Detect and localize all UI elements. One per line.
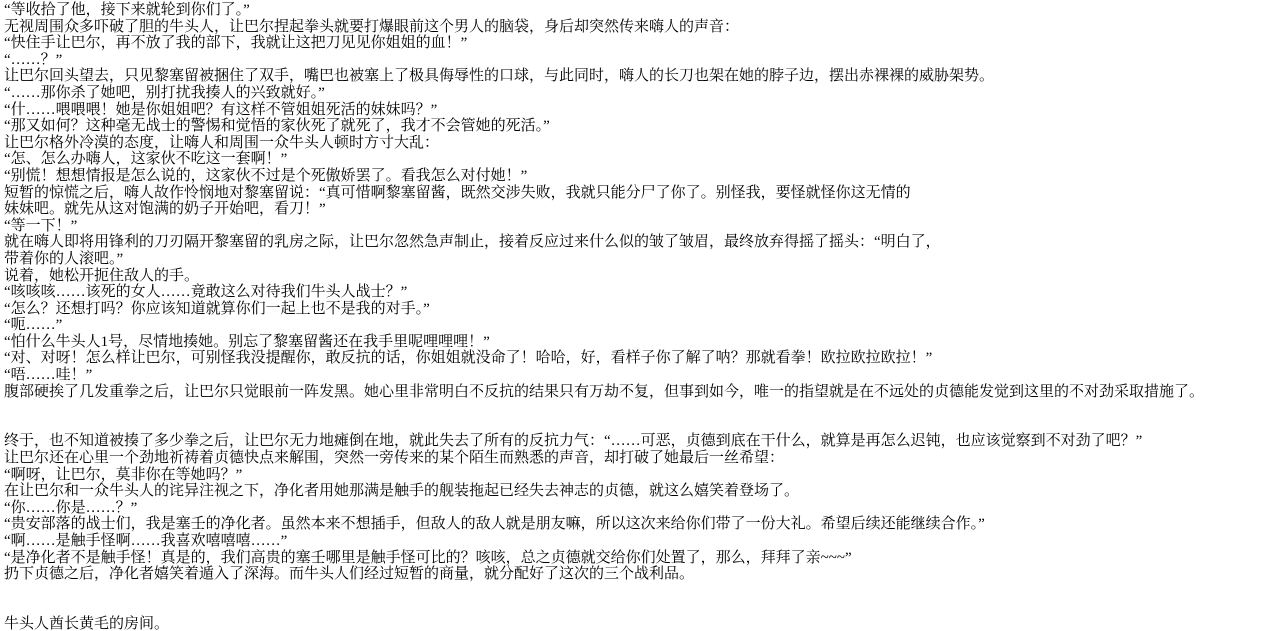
text-line: “等一下！” [4, 218, 1280, 235]
text-line: “对、对呀！怎么样让巴尔，可别怪我没提醒你，敢反抗的话，你姐姐就没命了！哈哈，好… [4, 350, 1280, 367]
text-line: 让巴尔还在心里一个劲地祈祷着贞德快点来解围，突然一旁传来的某个陌生而熟悉的声音，… [4, 450, 1280, 467]
text-line [4, 400, 1280, 417]
text-line: 扔下贞德之后，净化者嬉笑着遁入了深海。而牛头人们经过短暂的商量，就分配好了这次的… [4, 566, 1280, 583]
document-text: “等收拾了他，接下来就轮到你们了。”无视周围众多吓破了胆的牛头人，让巴尔捏起拳头… [0, 0, 1280, 631]
text-line: 终于，也不知道被揍了多少拳之后，让巴尔无力地瘫倒在地，就此失去了所有的反抗力气：… [4, 433, 1280, 450]
text-line: 牛头人酋长黄毛的房间。 [4, 616, 1280, 631]
text-line: 就在嗨人即将用锋利的刀刃隔开黎塞留的乳房之际，让巴尔忽然急声制止，接着反应过来什… [4, 234, 1280, 251]
text-line: “……？” [4, 52, 1280, 69]
text-line: “怎、怎么办嗨人，这家伙不吃这一套啊！” [4, 151, 1280, 168]
text-line: 腹部硬挨了几发重拳之后，让巴尔只觉眼前一阵发黑。她心里非常明白不反抗的结果只有万… [4, 384, 1280, 401]
text-line [4, 417, 1280, 434]
text-line: “等收拾了他，接下来就轮到你们了。” [4, 2, 1280, 19]
text-line: 让巴尔回头望去，只见黎塞留被捆住了双手，嘴巴也被塞上了极具侮辱性的口球，与此同时… [4, 68, 1280, 85]
text-line: 妹妹吧。就先从这对饱满的奶子开始吧，看刀！” [4, 201, 1280, 218]
text-line: 无视周围众多吓破了胆的牛头人，让巴尔捏起拳头就要打爆眼前这个男人的脑袋，身后却突… [4, 19, 1280, 36]
text-line: “是净化者不是触手怪！真是的，我们高贵的塞壬哪里是触手怪可比的？咳咳，总之贞德就… [4, 550, 1280, 567]
text-line: “怕什么牛头人1号，尽情地揍她。别忘了黎塞留酱还在我手里呢哩哩哩！” [4, 334, 1280, 351]
text-line [4, 599, 1280, 616]
text-line: “贵安部落的战士们，我是塞壬的净化者。虽然本来不想插手，但敌人的敌人就是朋友嘛，… [4, 516, 1280, 533]
text-line: “……那你杀了她吧，别打扰我揍人的兴致就好。” [4, 85, 1280, 102]
text-line: “别慌！想想情报是怎么说的，这家伙不过是个死傲娇罢了。看我怎么对付她！” [4, 168, 1280, 185]
text-line: 短暂的惊慌之后，嗨人故作怜悯地对黎塞留说：“真可惜啊黎塞留酱，既然交涉失败，我就… [4, 185, 1280, 202]
text-line: “啊呀，让巴尔，莫非你在等她吗？” [4, 467, 1280, 484]
text-line: “你……你是……？” [4, 500, 1280, 517]
text-line: “什……喂喂喂！她是你姐姐吧？有这样不管姐姐死活的妹妹吗？” [4, 102, 1280, 119]
text-line: “咳咳咳……该死的女人……竟敢这么对待我们牛头人战士？” [4, 284, 1280, 301]
text-line: “呃……” [4, 317, 1280, 334]
text-line: “怎么？还想打吗？你应该知道就算你们一起上也不是我的对手。” [4, 301, 1280, 318]
text-line: 在让巴尔和一众牛头人的诧异注视之下，净化者用她那满是触手的舰装拖起已经失去神志的… [4, 483, 1280, 500]
text-line [4, 583, 1280, 600]
text-line: “唔……哇！” [4, 367, 1280, 384]
text-line: 让巴尔格外冷漠的态度，让嗨人和周围一众牛头人顿时方寸大乱： [4, 135, 1280, 152]
text-line: “快住手让巴尔，再不放了我的部下，我就让这把刀见见你姐姐的血！” [4, 35, 1280, 52]
text-line: 说着，她松开扼住敌人的手。 [4, 268, 1280, 285]
text-line: “啊……是触手怪啊……我喜欢嘻嘻嘻……” [4, 533, 1280, 550]
text-line: “那又如何？这种毫无战士的警惕和觉悟的家伙死了就死了，我才不会管她的死活。” [4, 118, 1280, 135]
text-line: 带着你的人滚吧。” [4, 251, 1280, 268]
